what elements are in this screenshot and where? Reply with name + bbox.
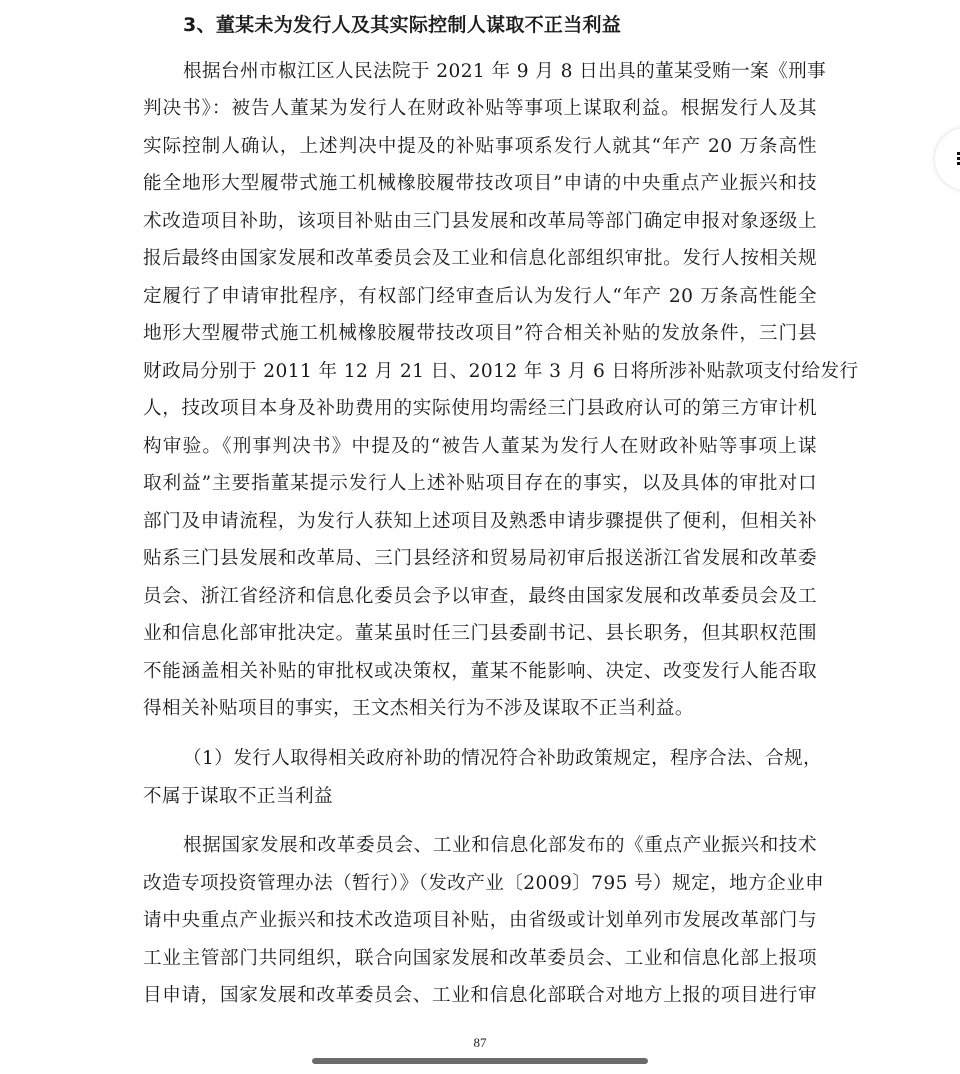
paragraph-line: 员会、浙江省经济和信息化委员会予以审查，最终由国家发展和改革委员会及工 [143, 583, 817, 611]
paragraph-line: 能全地形大型履带式施工机械橡胶履带技改项目”申请的中央重点产业振兴和技 [143, 170, 817, 198]
subheading-line: （1）发行人取得相关政府补助的情况符合补助政策规定，程序合法、合规， [183, 745, 817, 773]
subheading-line: 不属于谋取不正当利益 [143, 783, 333, 811]
section-heading: 3、董某未为发行人及其实际控制人谋取不正当利益 [183, 10, 621, 37]
home-indicator[interactable] [312, 1058, 648, 1064]
outline-menu-button[interactable] [934, 127, 960, 191]
paragraph-line: 术改造项目补助，该项目补贴由三门县发展和改革局等部门确定申报对象逐级上 [143, 208, 817, 236]
paragraph-line: 业和信息化部审批决定。董某虽时任三门县委副书记、县长职务，但其职权范围 [143, 620, 817, 648]
paragraph-line: 报后最终由国家发展和改革委员会及工业和信息化部组织审批。发行人按相关规 [143, 245, 817, 273]
paragraph-line: 改造专项投资管理办法（暂行）》（发改产业〔2009〕795 号）规定，地方企业申 [143, 870, 817, 898]
paragraph-line: 人，技改项目本身及补助费用的实际使用均需经三门县政府认可的第三方审计机 [143, 395, 817, 423]
paragraph-line: 定履行了申请审批程序，有权部门经审查后认为发行人“年产 20 万条高性能全 [143, 283, 817, 311]
paragraph-line: 不能涵盖相关补贴的审批权或决策权，董某不能影响、决定、改变发行人能否取 [143, 658, 817, 686]
paragraph-line: 财政局分别于 2011 年 12 月 21 日、2012 年 3 月 6 日将所… [143, 358, 817, 386]
paragraph-line: 得相关补贴项目的事实，王文杰相关行为不涉及谋取不正当利益。 [143, 695, 694, 723]
paragraph-line: 工业主管部门共同组织，联合向国家发展和改革委员会、工业和信息化部上报项 [143, 945, 817, 973]
paragraph-line: 贴系三门县发展和改革局、三门县经济和贸易局初审后报送浙江省发展和改革委 [143, 545, 817, 573]
paragraph-line: 构审验。《刑事判决书》中提及的“被告人董某为发行人在财政补贴等事项上谋 [143, 433, 817, 461]
paragraph-line: 目申请，国家发展和改革委员会、工业和信息化部联合对地方上报的项目进行审 [143, 982, 817, 1010]
page-number: 87 [0, 1035, 960, 1051]
paragraph-line: 根据国家发展和改革委员会、工业和信息化部发布的《重点产业振兴和技术 [183, 832, 817, 860]
paragraph-line: 根据台州市椒江区人民法院于 2021 年 9 月 8 日出具的董某受贿一案《刑事 [183, 58, 817, 86]
paragraph-line: 部门及申请流程，为发行人获知上述项目及熟悉申请步骤提供了便利，但相关补 [143, 508, 817, 536]
paragraph-line: 取利益”主要指董某提示发行人上述补贴项目存在的事实，以及具体的审批对口 [143, 470, 817, 498]
paragraph-line: 实际控制人确认，上述判决中提及的补贴事项系发行人就其“年产 20 万条高性 [143, 133, 817, 161]
paragraph-line: 请中央重点产业振兴和技术改造项目补贴，由省级或计划单列市发展改革部门与 [143, 907, 817, 935]
paragraph-line: 地形大型履带式施工机械橡胶履带技改项目”符合相关补贴的发放条件，三门县 [143, 320, 817, 348]
paragraph-line: 判决书》：被告人董某为发行人在财政补贴等事项上谋取利益。根据发行人及其 [143, 95, 817, 123]
